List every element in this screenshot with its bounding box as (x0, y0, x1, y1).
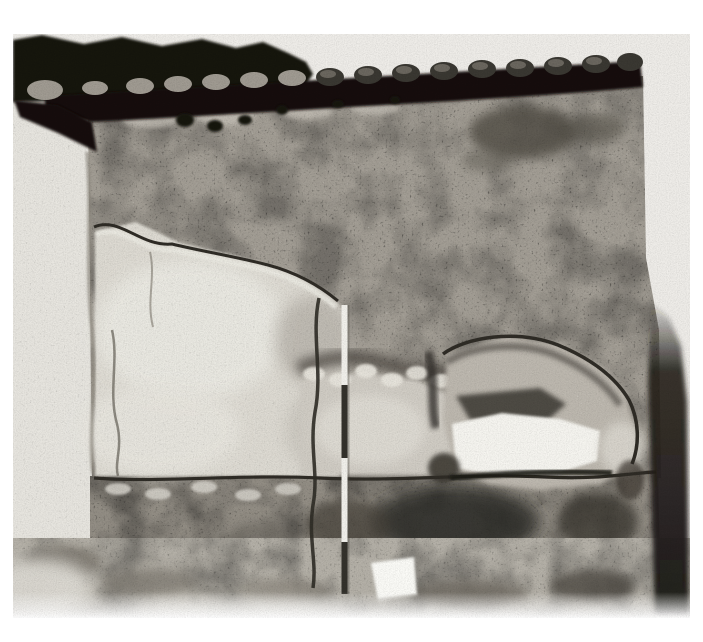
page-background (0, 0, 703, 642)
photo-canvas (0, 0, 703, 642)
halftone-grain-overlay (13, 34, 690, 618)
wall-photograph (0, 0, 703, 642)
